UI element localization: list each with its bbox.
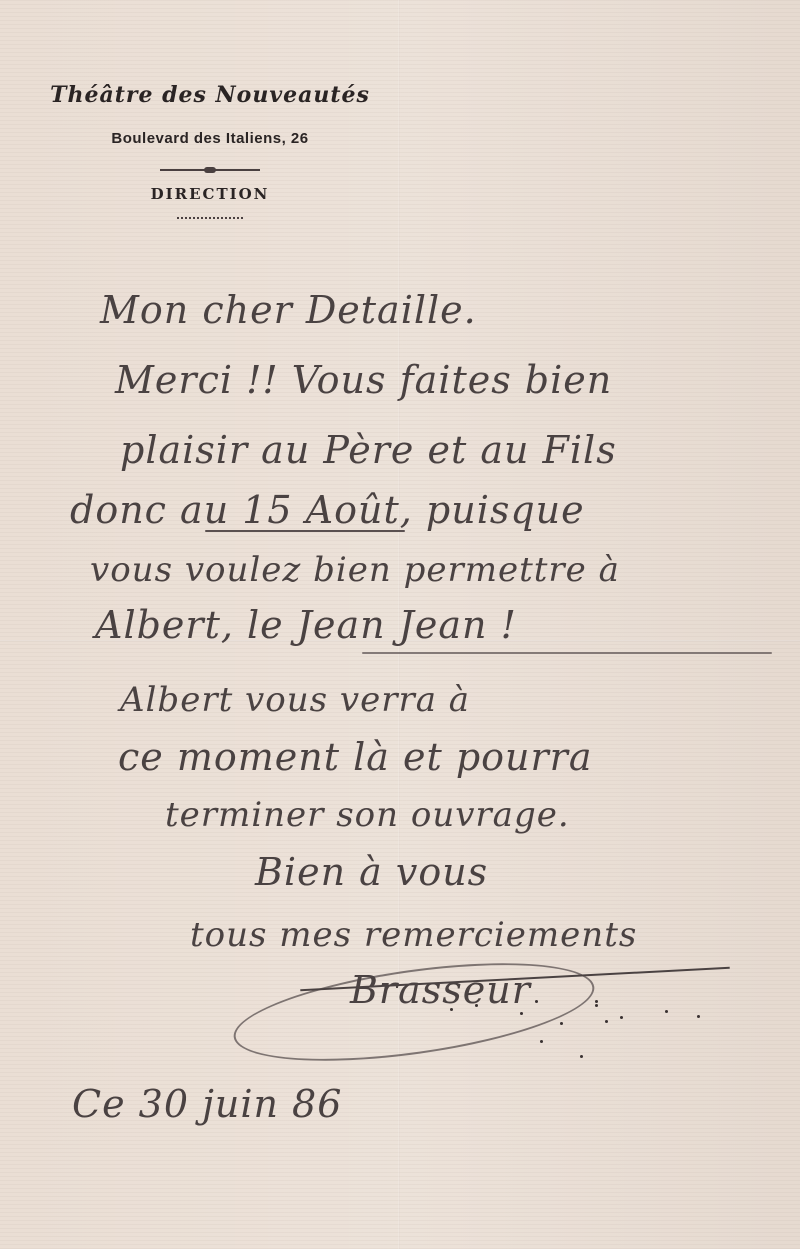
letter-page: Théâtre des Nouveautés Boulevard des Ita…: [0, 0, 800, 1249]
ink-spatter: [580, 1055, 583, 1058]
letter-line: terminer son ouvrage.: [165, 795, 570, 835]
letter-line: vous voulez bien permettre à: [90, 550, 620, 590]
theatre-name: Théâtre des Nouveautés: [40, 82, 380, 108]
letterhead: Théâtre des Nouveautés Boulevard des Ita…: [40, 80, 380, 219]
ink-spatter: [450, 1008, 453, 1011]
letter-line: plaisir au Père et au Fils: [120, 428, 617, 472]
ornament-rule-icon: [160, 169, 260, 171]
ink-spatter: [697, 1015, 700, 1018]
ink-spatter: [620, 1016, 623, 1019]
ink-spatter: [540, 1040, 543, 1043]
ink-spatter: [605, 1020, 608, 1023]
ink-spatter: [535, 1000, 538, 1003]
salutation: Mon cher Detaille.: [100, 288, 477, 332]
closing-line: tous mes remerciements: [190, 915, 637, 955]
ink-spatter: [520, 1012, 523, 1015]
letter-line: Albert vous verra à: [120, 680, 470, 720]
letter-line: Merci !! Vous faites bien: [115, 358, 612, 402]
underline-date: [205, 530, 405, 532]
letter-date: Ce 30 juin 86: [72, 1082, 342, 1126]
ornament-dots-icon: [177, 217, 243, 219]
ink-spatter: [595, 1004, 598, 1007]
department-label: DIRECTION: [40, 185, 380, 203]
letter-line: Albert, le Jean Jean !: [95, 603, 517, 647]
theatre-address: Boulevard des Italiens, 26: [40, 130, 380, 147]
letter-line: donc au 15 Août, puisque: [70, 488, 585, 532]
signature: Brasseur: [350, 968, 531, 1012]
letter-line: ce moment là et pourra: [118, 735, 593, 779]
closing-line: Bien à vous: [255, 850, 488, 894]
ink-spatter: [595, 1000, 598, 1003]
ink-spatter: [560, 1022, 563, 1025]
ink-spatter: [665, 1010, 668, 1013]
separator-stroke: [362, 652, 772, 654]
signature-flourish-icon: [228, 945, 600, 1079]
ink-spatter: [475, 1004, 478, 1007]
